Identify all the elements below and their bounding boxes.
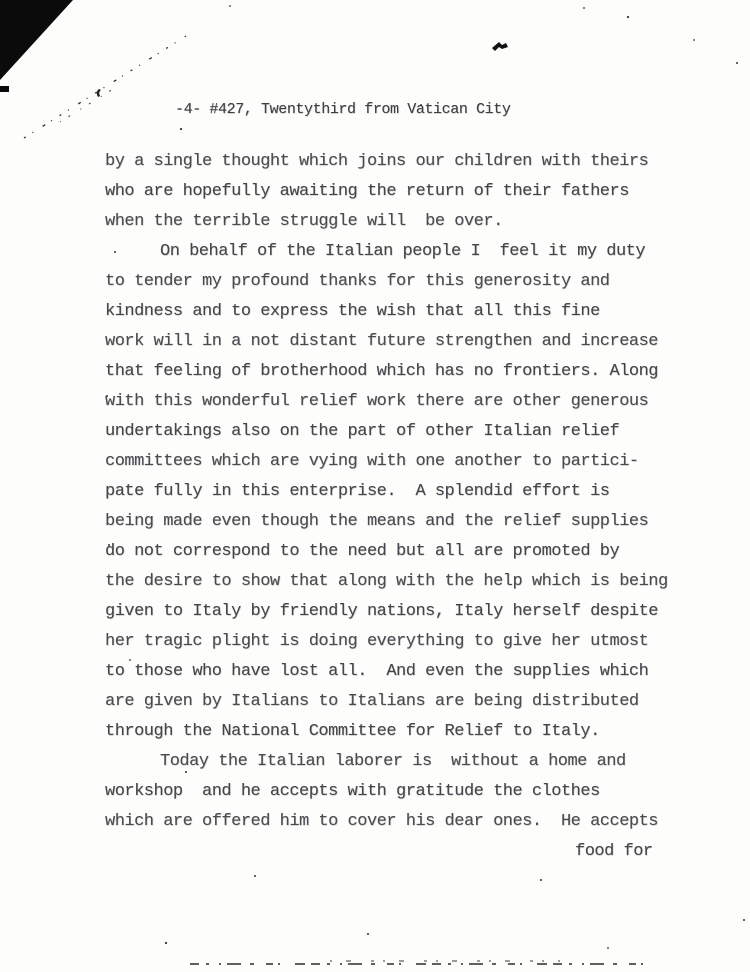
typed-line: through the National Committee for Relie… [105, 717, 735, 747]
typed-line: undertakings also on the part of other I… [105, 417, 735, 447]
document-body: by a single thought which joins our chil… [105, 147, 735, 867]
typed-line: by a single thought which joins our chil… [105, 147, 735, 177]
corner-fold-artifact [0, 0, 73, 80]
typed-line: Today the Italian laborer is without a h… [105, 747, 735, 777]
crease-line-artifact-2 [60, 86, 118, 122]
edge-mark-artifact [0, 86, 9, 92]
crease-line-artifact [24, 36, 186, 138]
typed-line: to those who have lost all. And even the… [105, 657, 735, 687]
typed-line: the desire to show that along with the h… [105, 567, 735, 597]
page-header: -4- #427, Twentythird from Vatican City [175, 101, 510, 118]
typed-line: with this wonderful relief work there ar… [105, 387, 735, 417]
typed-line: that feeling of brotherhood which has no… [105, 357, 735, 387]
typed-line: her tragic plight is doing everything to… [105, 627, 735, 657]
typed-line: who are hopefully awaiting the return of… [105, 177, 735, 207]
typed-line: committees which are vying with one anot… [105, 447, 735, 477]
typed-line: On behalf of the Italian people I feel i… [105, 237, 735, 267]
typed-line: workshop and he accepts with gratitude t… [105, 777, 735, 807]
typed-line: being made even though the means and the… [105, 507, 735, 537]
typed-line: are given by Italians to Italians are be… [105, 687, 735, 717]
typed-line: food for [105, 837, 735, 867]
ink-blot-artifact [492, 42, 508, 51]
typed-line: given to Italy by friendly nations, Ital… [105, 597, 735, 627]
typed-line: to tender my profound thanks for this ge… [105, 267, 735, 297]
scanned-document-page: -4- #427, Twentythird from Vatican City … [0, 0, 750, 972]
typed-line: kindness and to express the wish that al… [105, 297, 735, 327]
typed-line: work will in a not distant future streng… [105, 327, 735, 357]
smudge-artifact [97, 89, 101, 97]
typed-line: pate fully in this enterprise. A splendi… [105, 477, 735, 507]
typed-line: which are offered him to cover his dear … [105, 807, 735, 837]
typed-line: when the terrible struggle will be over. [105, 207, 735, 237]
typed-line: do not correspond to the need but all ar… [105, 537, 735, 567]
